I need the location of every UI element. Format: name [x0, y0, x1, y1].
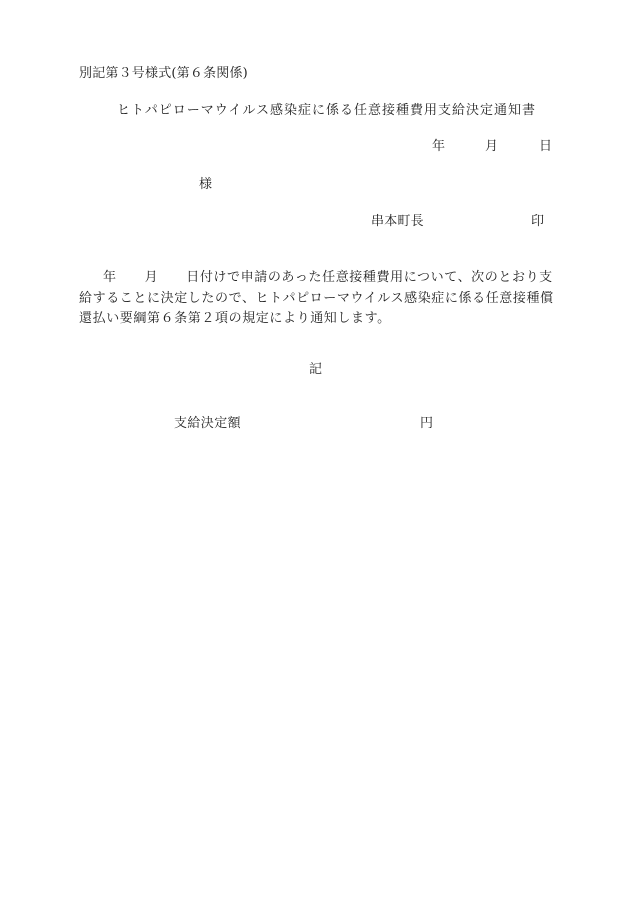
- document-title: ヒトパピローマウイルス感染症に係る任意接種費用支給決定通知書: [117, 103, 536, 119]
- seal-label: 印: [531, 214, 544, 230]
- amount-label: 支給決定額: [174, 416, 241, 432]
- issuer-name: 串本町長: [371, 214, 424, 230]
- notice-body: 年月日付けで申請のあった任意接種費用について、次のとおり支 給することに決定した…: [79, 268, 549, 330]
- date-day-label: 日: [539, 139, 552, 155]
- body-year-label: 年: [103, 270, 117, 285]
- body-line-1-text: 日付けで申請のあった任意接種費用について、次のとおり支: [186, 270, 553, 285]
- ki-heading: 記: [309, 362, 322, 378]
- date-year-label: 年: [432, 139, 445, 155]
- date-month-label: 月: [485, 139, 498, 155]
- notice-body-line-1: 年月日付けで申請のあった任意接種費用について、次のとおり支: [79, 268, 549, 289]
- form-number: 別記第３号様式(第６条関係): [79, 66, 248, 82]
- notice-body-line-2: 給することに決定したので、ヒトパピローマウイルス感染症に係る任意接種償: [79, 289, 549, 310]
- notice-body-line-3: 還払い要綱第６条第２項の規定により通知します。: [79, 309, 549, 330]
- addressee-suffix: 様: [199, 177, 212, 193]
- body-month-label: 月: [145, 270, 159, 285]
- document-page: 別記第３号様式(第６条関係) ヒトパピローマウイルス感染症に係る任意接種費用支給…: [0, 0, 630, 903]
- amount-unit: 円: [420, 416, 433, 432]
